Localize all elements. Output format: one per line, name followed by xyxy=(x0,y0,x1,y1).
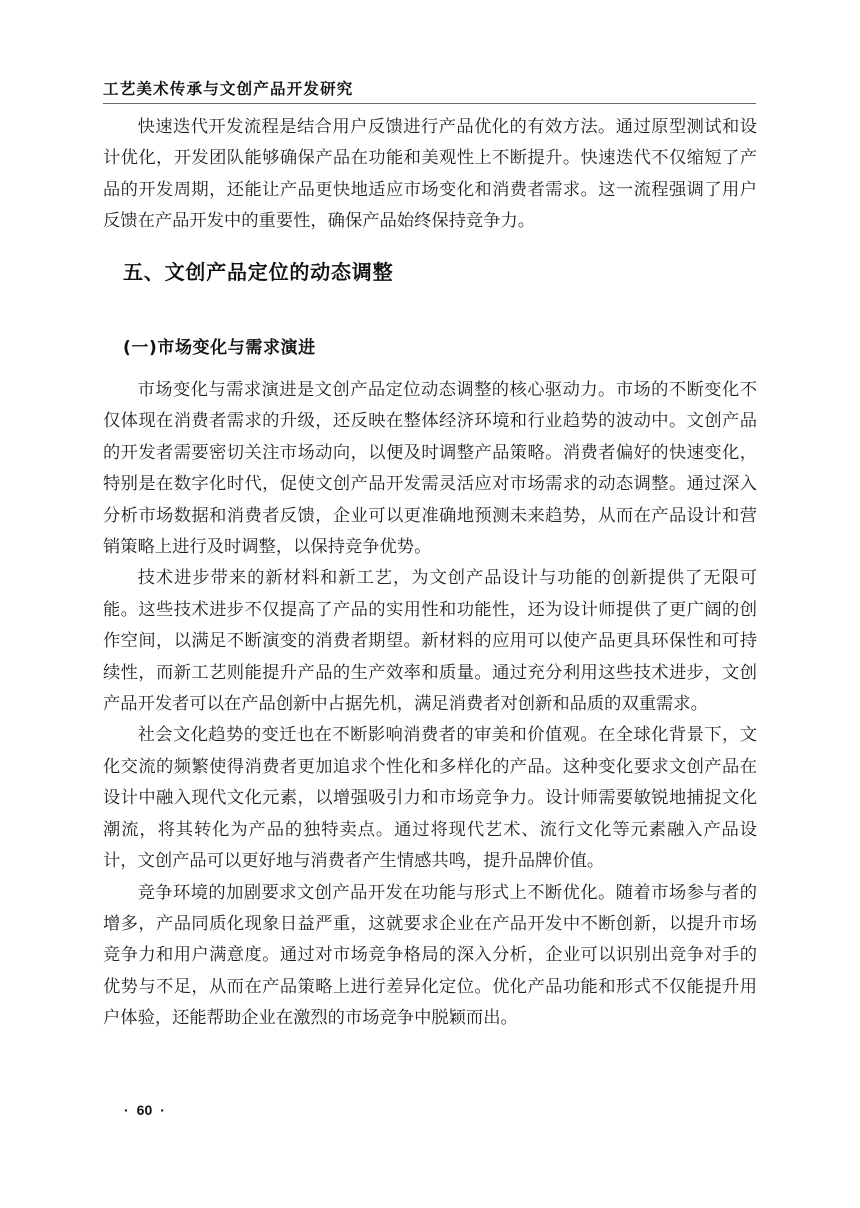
paragraph: 快速迭代开发流程是结合用户反馈进行产品优化的有效方法。通过原型测试和设计优化，开… xyxy=(103,112,757,238)
section-heading: 五、文创产品定位的动态调整 xyxy=(123,256,393,285)
paragraph: 市场变化与需求演进是文创产品定位动态调整的核心驱动力。市场的不断变化不仅体现在消… xyxy=(103,375,757,563)
page-number-value: 60 xyxy=(137,1102,153,1118)
paragraph: 社会文化趋势的变迁也在不断影响消费者的审美和价值观。在全球化背景下，文化交流的频… xyxy=(103,720,757,877)
subsection-body: 市场变化与需求演进是文创产品定位动态调整的核心驱动力。市场的不断变化不仅体现在消… xyxy=(103,375,757,1035)
page-number-dot-left: · xyxy=(116,1102,137,1118)
book-page: 工艺美术传承与文创产品开发研究 快速迭代开发流程是结合用户反馈进行产品优化的有效… xyxy=(0,0,860,1208)
subsection-heading: (一)市场变化与需求演进 xyxy=(123,333,316,358)
header-rule xyxy=(103,103,756,104)
paragraph: 技术进步带来的新材料和新工艺，为文创产品设计与功能的创新提供了无限可能。这些技术… xyxy=(103,563,757,720)
page-number: ·60· xyxy=(116,1102,173,1118)
running-header: 工艺美术传承与文创产品开发研究 xyxy=(103,77,354,99)
page-number-dot-right: · xyxy=(152,1102,173,1118)
intro-text: 快速迭代开发流程是结合用户反馈进行产品优化的有效方法。通过原型测试和设计优化，开… xyxy=(103,112,757,238)
paragraph: 竞争环境的加剧要求文创产品开发在功能与形式上不断优化。随着市场参与者的增多，产品… xyxy=(103,878,757,1035)
